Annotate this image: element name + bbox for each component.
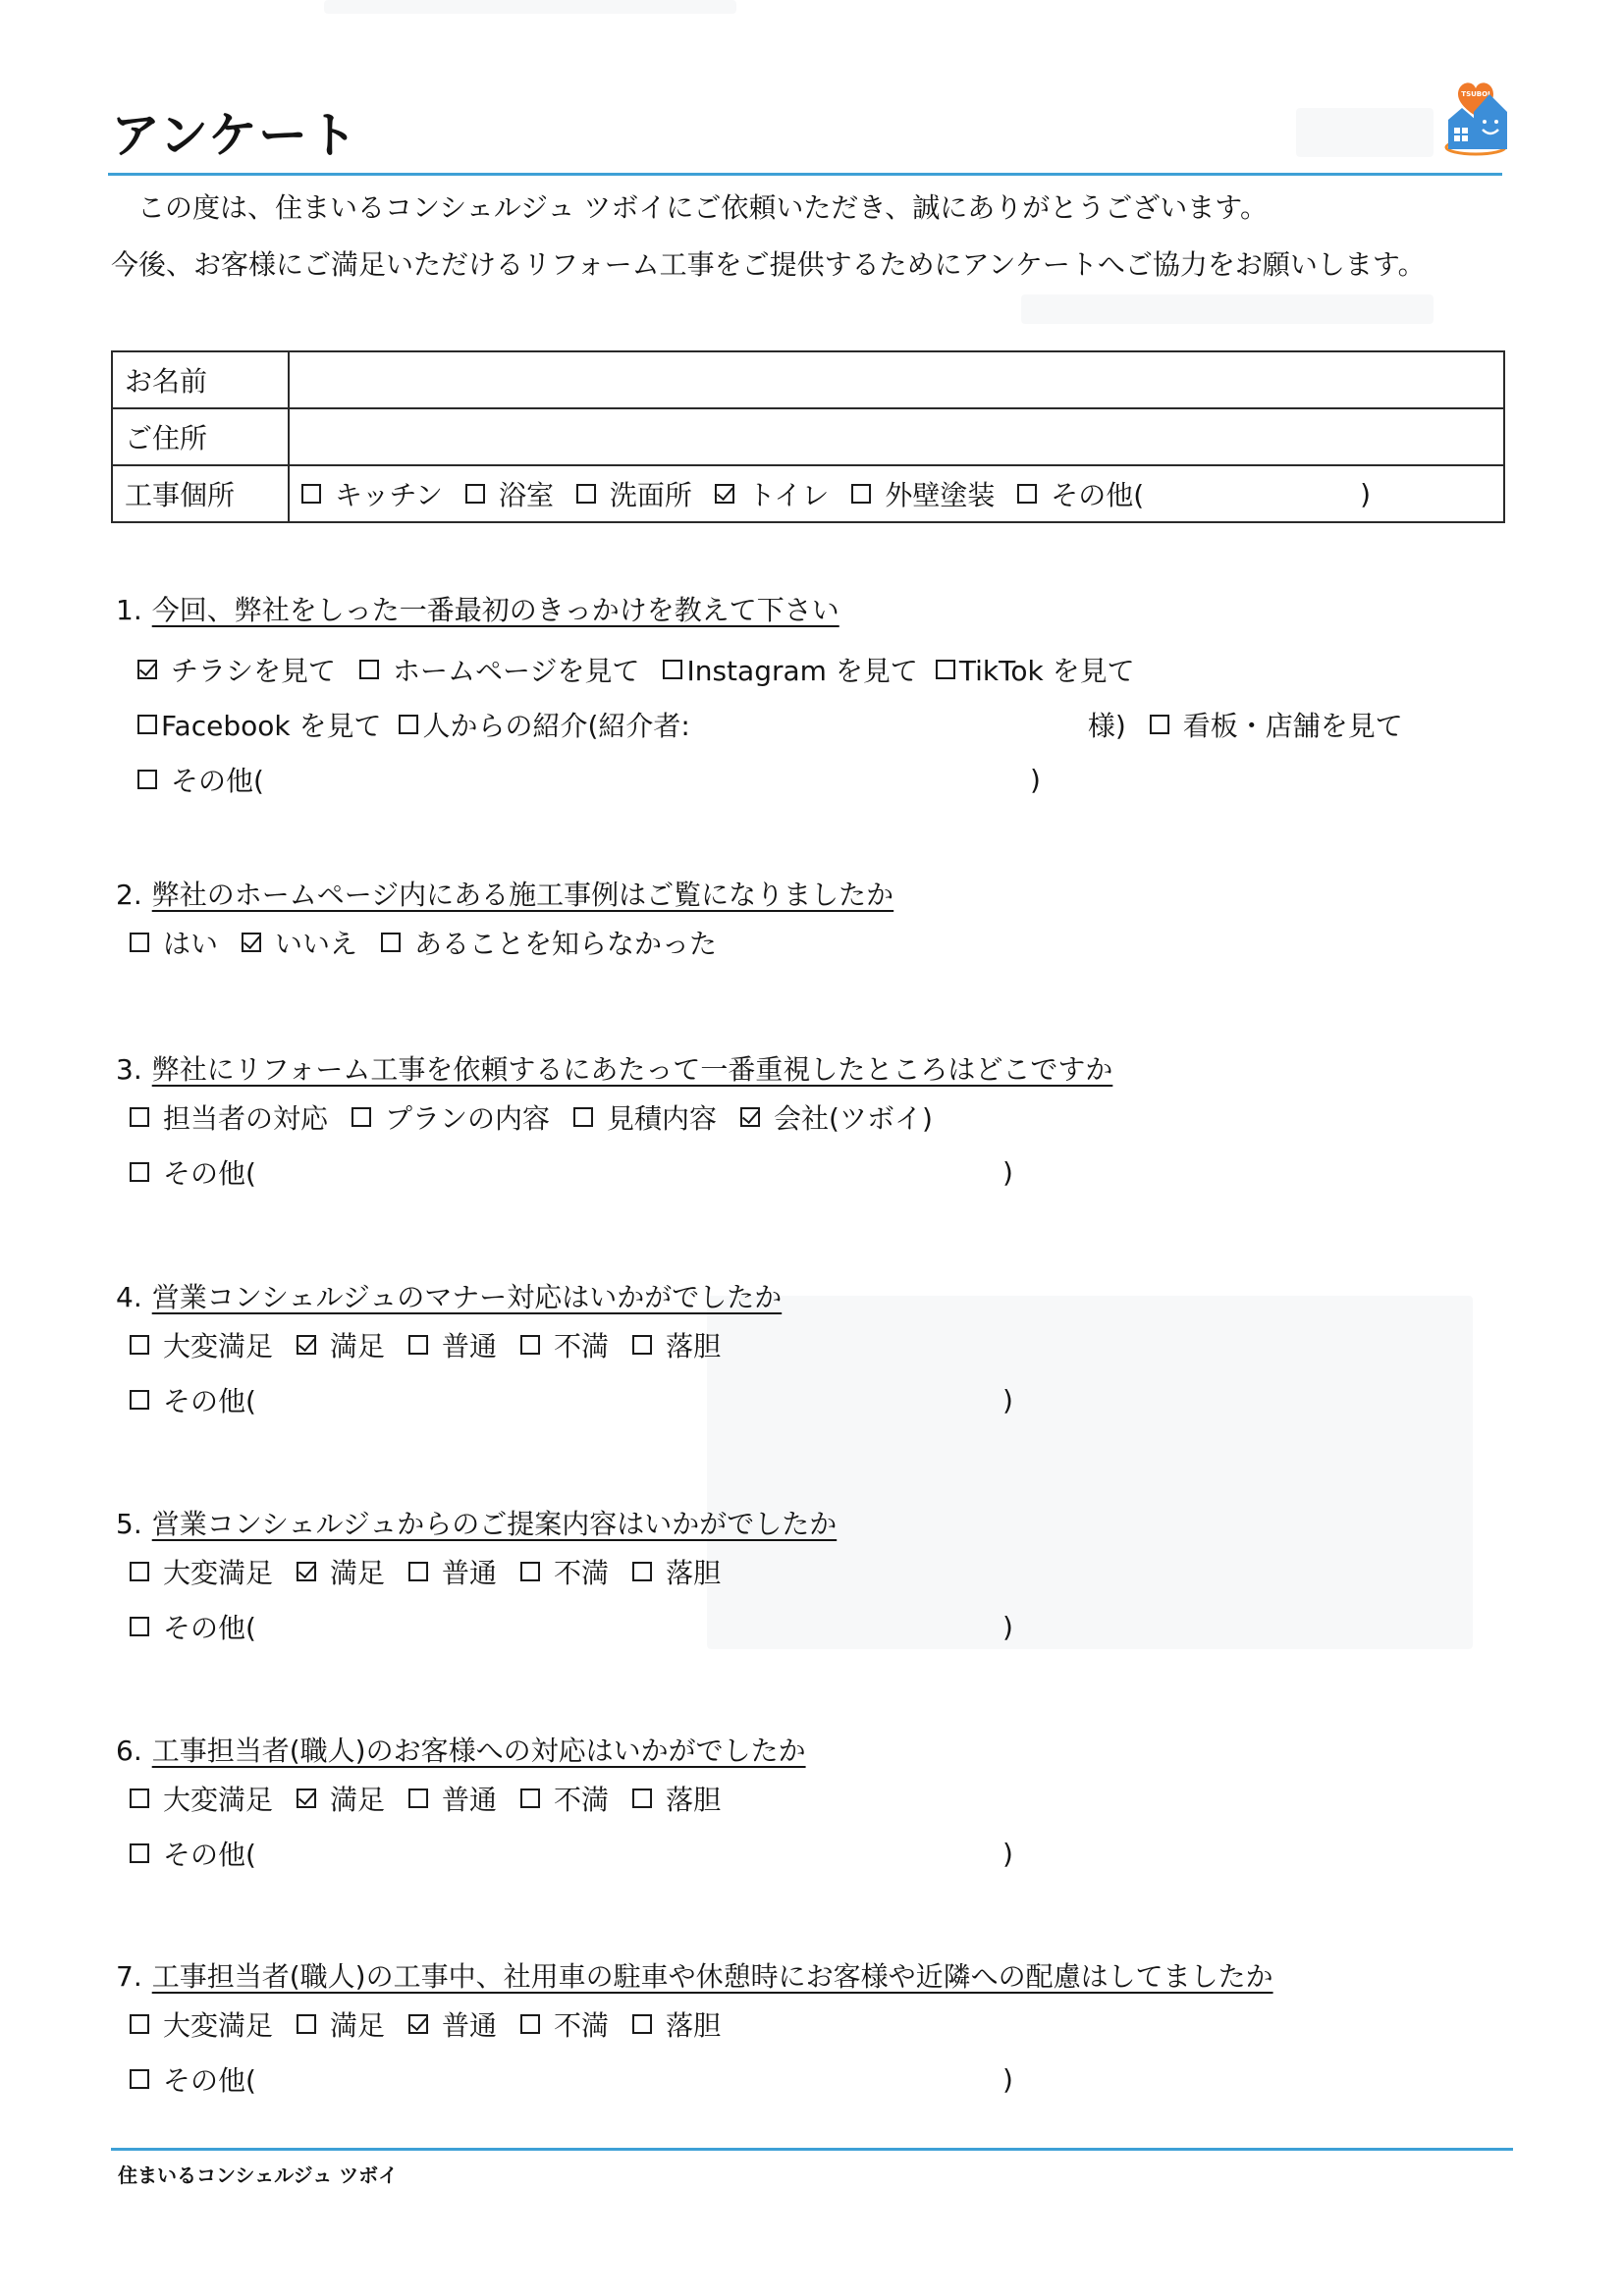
tsuboi-house-logo-icon: TSUBOI xyxy=(1429,77,1519,157)
question-text: 弊社のホームページ内にある施工事例はご覧になりましたか xyxy=(152,879,893,911)
work-area-exterior-paint[interactable]: 外壁塗装 xyxy=(851,474,995,513)
other-row: その他( ) xyxy=(130,1145,1510,1200)
work-area-options: キッチン 浴室 洗面所 トイレ 外壁塗装 その他() xyxy=(289,465,1504,522)
checkbox-icon[interactable] xyxy=(465,484,485,504)
name-row: お名前 xyxy=(112,351,1504,408)
option-very-satisfied[interactable]: 大変満足 xyxy=(130,1552,273,1591)
checkbox-checked-icon[interactable] xyxy=(297,1789,316,1808)
checkbox-icon[interactable] xyxy=(130,1789,149,1808)
question-3: 3.弊社にリフォーム工事を依頼するにあたって一番重視したところはどこですか 担当… xyxy=(116,1050,1510,1200)
address-field[interactable] xyxy=(289,408,1504,465)
question-2: 2.弊社のホームページ内にある施工事例はご覧になりましたか はい いいえ あるこ… xyxy=(116,876,1510,970)
options-row: Facebook を見て 人からの紹介(紹介者: 様) 看板・店舗を見て xyxy=(137,697,1510,752)
page-title: アンケート xyxy=(111,106,358,165)
option-dissatisfied[interactable]: 不満 xyxy=(520,1552,609,1591)
checkbox-icon[interactable] xyxy=(520,1789,540,1808)
option-satisfied[interactable]: 満足 xyxy=(297,1325,385,1364)
option-facebook[interactable]: Facebook を見て xyxy=(137,705,381,744)
options-row: 担当者の対応 プランの内容 見積内容 会社(ツボイ) xyxy=(130,1090,1510,1145)
scan-bleed xyxy=(324,0,736,14)
checkbox-icon[interactable] xyxy=(130,1390,149,1410)
work-area-bath[interactable]: 浴室 xyxy=(465,474,554,513)
checkbox-icon[interactable] xyxy=(573,1107,593,1127)
checkbox-icon[interactable] xyxy=(130,2069,149,2089)
option-very-satisfied[interactable]: 大変満足 xyxy=(130,1325,273,1364)
checkbox-icon[interactable] xyxy=(408,1335,428,1355)
checkbox-checked-icon[interactable] xyxy=(137,660,157,679)
checkbox-icon[interactable] xyxy=(408,1789,428,1808)
checkbox-icon[interactable] xyxy=(1017,484,1037,504)
checkbox-checked-icon[interactable] xyxy=(242,933,261,952)
checkbox-icon[interactable] xyxy=(632,1789,652,1808)
option-average[interactable]: 普通 xyxy=(408,1779,497,1818)
option-disappointed[interactable]: 落胆 xyxy=(632,1779,721,1818)
options-row: チラシを見て ホームページを見て Instagram を見て TikTok を見… xyxy=(137,642,1510,697)
checkbox-icon[interactable] xyxy=(632,2014,652,2034)
header-divider xyxy=(108,173,1502,176)
option-flyer[interactable]: チラシを見て xyxy=(137,650,336,689)
option-referral[interactable]: 人からの紹介(紹介者: xyxy=(399,705,689,744)
checkbox-icon[interactable] xyxy=(520,1335,540,1355)
option-signboard-store[interactable]: 看板・店舗を見て xyxy=(1150,705,1403,744)
work-area-toilet[interactable]: トイレ xyxy=(715,474,830,513)
checkbox-checked-icon[interactable] xyxy=(715,484,734,504)
options-row: はい いいえ あることを知らなかった xyxy=(130,915,1510,970)
work-area-washroom[interactable]: 洗面所 xyxy=(576,474,692,513)
checkbox-icon[interactable] xyxy=(632,1335,652,1355)
other-row: その他( ) xyxy=(137,752,1510,807)
option-disappointed[interactable]: 落胆 xyxy=(632,1552,721,1591)
question-7: 7.工事担当者(職人)の工事中、社用車の駐車や休憩時にお客様や近隣への配慮はして… xyxy=(116,1957,1510,2107)
option-company[interactable]: 会社(ツボイ) xyxy=(740,1097,933,1137)
other-row: その他( ) xyxy=(130,2052,1510,2107)
option-homepage[interactable]: ホームページを見て xyxy=(359,650,639,689)
option-plan-content[interactable]: プランの内容 xyxy=(352,1097,550,1137)
intro-text-2: 今後、お客様にご満足いただけるリフォーム工事をご提供するためにアンケートへご協力… xyxy=(111,247,1426,283)
option-tiktok[interactable]: TikTok を見て xyxy=(936,650,1135,689)
other-row: その他( ) xyxy=(130,1372,1510,1427)
option-satisfied[interactable]: 満足 xyxy=(297,2004,385,2044)
option-very-satisfied[interactable]: 大変満足 xyxy=(130,2004,273,2044)
checkbox-icon[interactable] xyxy=(137,715,157,734)
footer-company-name: 住まいるコンシェルジュ ツボイ xyxy=(118,2160,398,2188)
scan-bleed xyxy=(1296,108,1434,157)
question-text: 工事担当者(職人)のお客様への対応はいかがでしたか xyxy=(152,1735,806,1767)
checkbox-icon[interactable] xyxy=(130,1107,149,1127)
option-average[interactable]: 普通 xyxy=(408,2004,497,2044)
intro-text-1: この度は、住まいるコンシェルジュ ツボイにご依頼いただき、誠にありがとうございま… xyxy=(137,190,1268,226)
work-area-row: 工事個所 キッチン 浴室 洗面所 トイレ 外壁塗装 その他() xyxy=(112,465,1504,522)
footer-divider xyxy=(111,2148,1513,2151)
checkbox-icon[interactable] xyxy=(408,1562,428,1581)
svg-text:TSUBOI: TSUBOI xyxy=(1461,90,1489,98)
checkbox-icon[interactable] xyxy=(130,933,149,952)
option-dissatisfied[interactable]: 不満 xyxy=(520,1779,609,1818)
question-1: 1.今回、弊社をしった一番最初のきっかけを教えて下さい チラシを見て ホームペー… xyxy=(116,591,1510,807)
checkbox-icon[interactable] xyxy=(130,1617,149,1636)
options-row: 大変満足 満足 普通 不満 落胆 xyxy=(130,1771,1510,1826)
question-text: 工事担当者(職人)の工事中、社用車の駐車や休憩時にお客様や近隣への配慮はしてまし… xyxy=(152,1960,1273,1993)
work-area-kitchen[interactable]: キッチン xyxy=(301,474,443,513)
option-average[interactable]: 普通 xyxy=(408,1552,497,1591)
option-no[interactable]: いいえ xyxy=(242,923,357,962)
option-instagram[interactable]: Instagram を見て xyxy=(663,650,917,689)
referral-suffix: 様) xyxy=(1088,705,1126,744)
checkbox-icon[interactable] xyxy=(130,1335,149,1355)
checkbox-checked-icon[interactable] xyxy=(408,2014,428,2034)
checkbox-icon[interactable] xyxy=(359,660,379,679)
option-average[interactable]: 普通 xyxy=(408,1325,497,1364)
option-disappointed[interactable]: 落胆 xyxy=(632,2004,721,2044)
checkbox-icon[interactable] xyxy=(130,1162,149,1182)
question-4: 4.営業コンシェルジュのマナー対応はいかがでしたか 大変満足 満足 普通 不満 … xyxy=(116,1278,1510,1427)
address-label: ご住所 xyxy=(112,408,289,465)
option-did-not-know[interactable]: あることを知らなかった xyxy=(381,923,717,962)
checkbox-checked-icon[interactable] xyxy=(297,1335,316,1355)
option-staff-response[interactable]: 担当者の対応 xyxy=(130,1097,328,1137)
option-dissatisfied[interactable]: 不満 xyxy=(520,1325,609,1364)
question-text: 営業コンシェルジュのマナー対応はいかがでしたか xyxy=(152,1281,782,1313)
work-area-other[interactable]: その他() xyxy=(1017,474,1371,513)
checkbox-icon[interactable] xyxy=(632,1562,652,1581)
other-row: その他( ) xyxy=(130,1826,1510,1881)
work-area-label: 工事個所 xyxy=(112,465,289,522)
checkbox-icon[interactable] xyxy=(520,1562,540,1581)
checkbox-icon[interactable] xyxy=(576,484,596,504)
checkbox-icon[interactable] xyxy=(520,2014,540,2034)
options-row: 大変満足 満足 普通 不満 落胆 xyxy=(130,1317,1510,1372)
checkbox-icon[interactable] xyxy=(352,1107,371,1127)
option-satisfied[interactable]: 満足 xyxy=(297,1552,385,1591)
question-text: 営業コンシェルジュからのご提案内容はいかがでしたか xyxy=(152,1508,837,1540)
checkbox-icon[interactable] xyxy=(1150,715,1169,734)
checkbox-icon[interactable] xyxy=(130,1562,149,1581)
option-disappointed[interactable]: 落胆 xyxy=(632,1325,721,1364)
option-very-satisfied[interactable]: 大変満足 xyxy=(130,1779,273,1818)
checkbox-icon[interactable] xyxy=(936,660,955,679)
survey-page: アンケート TSUBOI この度は、住まいるコンシェルジュ ツボイにご依頼いただ… xyxy=(0,0,1623,2296)
option-satisfied[interactable]: 満足 xyxy=(297,1779,385,1818)
question-6: 6.工事担当者(職人)のお客様への対応はいかがでしたか 大変満足 満足 普通 不… xyxy=(116,1732,1510,1881)
checkbox-icon[interactable] xyxy=(851,484,871,504)
checkbox-icon[interactable] xyxy=(137,770,157,789)
checkbox-icon[interactable] xyxy=(663,660,682,679)
checkbox-icon[interactable] xyxy=(381,933,401,952)
question-text: 今回、弊社をしった一番最初のきっかけを教えて下さい xyxy=(152,594,839,626)
question-text: 弊社にリフォーム工事を依頼するにあたって一番重視したところはどこですか xyxy=(152,1053,1113,1086)
question-5: 5.営業コンシェルジュからのご提案内容はいかがでしたか 大変満足 満足 普通 不… xyxy=(116,1505,1510,1654)
option-dissatisfied[interactable]: 不満 xyxy=(520,2004,609,2044)
checkbox-icon[interactable] xyxy=(130,2014,149,2034)
options-row: 大変満足 満足 普通 不満 落胆 xyxy=(130,1997,1510,2052)
options-row: 大変満足 満足 普通 不満 落胆 xyxy=(130,1544,1510,1599)
customer-info-table: お名前 ご住所 工事個所 キッチン 浴室 洗面所 トイレ 外壁塗装 その他() xyxy=(111,350,1505,523)
checkbox-checked-icon[interactable] xyxy=(297,1562,316,1581)
option-yes[interactable]: はい xyxy=(130,923,218,962)
name-field[interactable] xyxy=(289,351,1504,408)
option-estimate[interactable]: 見積内容 xyxy=(573,1097,717,1137)
scan-bleed xyxy=(1021,294,1434,324)
checkbox-icon[interactable] xyxy=(399,715,418,734)
address-row: ご住所 xyxy=(112,408,1504,465)
other-row: その他( ) xyxy=(130,1599,1510,1654)
name-label: お名前 xyxy=(112,351,289,408)
checkbox-icon[interactable] xyxy=(301,484,321,504)
checkbox-icon[interactable] xyxy=(297,2014,316,2034)
checkbox-checked-icon[interactable] xyxy=(740,1107,760,1127)
checkbox-icon[interactable] xyxy=(130,1843,149,1863)
